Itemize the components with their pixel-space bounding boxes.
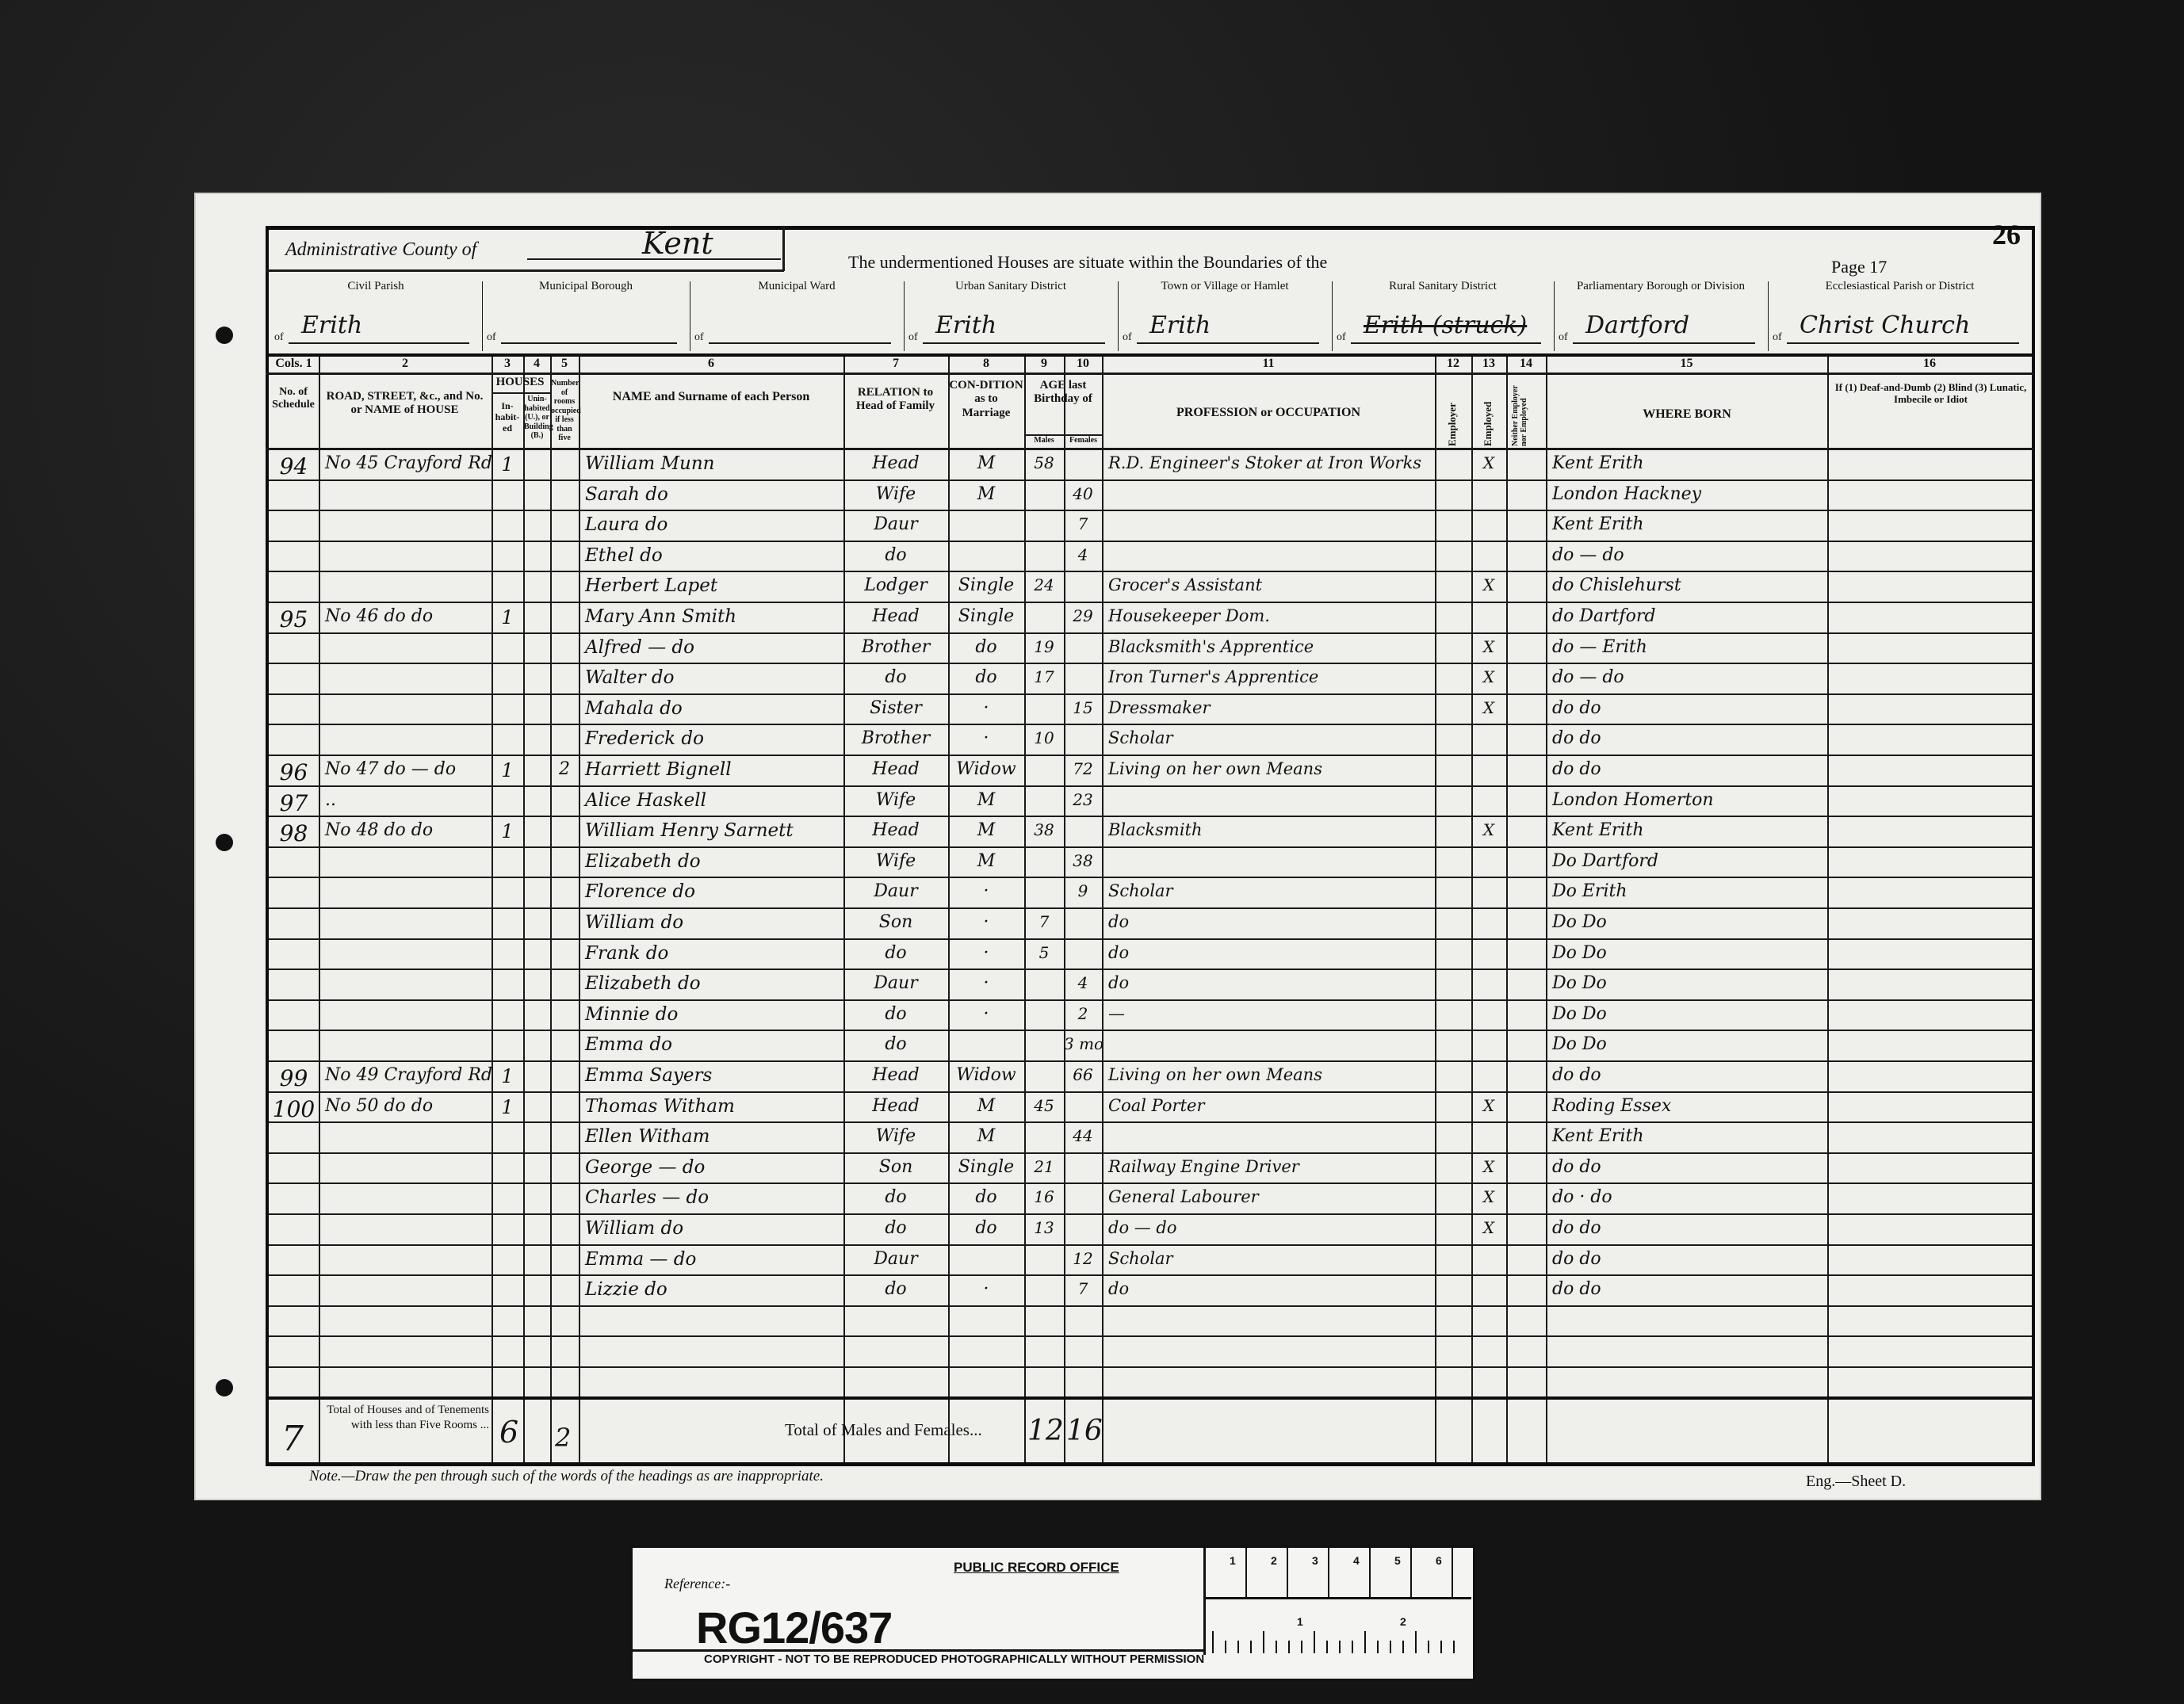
office-label: PUBLIC RECORD OFFICE [954,1560,1119,1576]
person-name: Ethel do [585,545,663,566]
district-separator [690,281,690,351]
employed-mark: X [1471,820,1506,839]
header-infirmity: If (1) Deaf-and-Dumb (2) Blind (3) Lunat… [1830,382,2032,406]
person-name: Emma Sayers [585,1065,712,1086]
where-born: Roding Essex [1552,1096,1671,1116]
occupation: Scholar [1108,1249,1173,1268]
relation: do [843,1004,948,1024]
relation: Son [843,912,948,932]
person-name: Laura do [585,514,667,535]
scale-minor-tick [1402,1641,1404,1653]
schedule-number: 95 [269,606,319,632]
condition: Single [948,606,1024,626]
header-males: Males [1025,436,1063,445]
sheet-label: Eng.—Sheet D. [1806,1473,1906,1491]
header-age: AGE last Birthday of [1025,379,1101,407]
person-name: Thomas Witham [585,1096,735,1117]
person-name: Florence do [585,881,695,902]
district-value: Erith (struck) [1364,311,1527,339]
measurement-scale: 12345612 [1206,1548,1471,1655]
district-label: Civil Parish [270,279,482,293]
schedule-number: 98 [269,820,319,846]
male-age: 13 [1024,1218,1064,1237]
scale-minor-tick [1237,1641,1239,1653]
condition: · [948,943,1024,963]
header-employed: Employed [1482,379,1494,446]
person-name: Lizzie do [585,1279,667,1300]
table-row [269,1123,2032,1154]
scale-tick-label: 4 [1353,1554,1360,1567]
totals-top-line [266,1396,2033,1400]
occupation: General Labourer [1108,1187,1259,1206]
where-born: do do [1552,1249,1601,1269]
where-born: do do [1552,1065,1601,1085]
column-number: 13 [1471,357,1506,371]
person-name: Elizabeth do [585,851,701,872]
district-label: Municipal Ward [690,279,904,293]
scale-tick [1452,1548,1453,1597]
female-age: 66 [1064,1065,1102,1084]
relation: do [843,1187,948,1207]
person-name: William do [585,1218,683,1239]
where-born: London Homerton [1552,790,1714,810]
scale-minor-tick [1390,1641,1391,1653]
relation: Son [843,1157,948,1177]
inhabited-count: 1 [491,1065,523,1087]
district-label: Parliamentary Borough or Division [1554,279,1768,293]
person-name: Elizabeth do [585,973,701,994]
schedule-number: 97 [269,790,319,816]
scale-tick [1245,1548,1247,1597]
where-born: Do Do [1552,1004,1607,1024]
male-age: 17 [1024,667,1064,686]
condition: Widow [948,759,1024,779]
district-underline [923,342,1105,344]
district-value: Erith [935,311,996,339]
admin-box-edge [782,226,785,271]
female-age: 7 [1064,514,1102,533]
scale-inch-label: 1 [1297,1615,1303,1628]
table-row [269,481,2032,512]
reference-number: RG12/637 [696,1602,892,1653]
relation: Brother [843,637,948,657]
female-age: 2 [1064,1004,1102,1023]
intro-text: The undermentioned Houses are situate wi… [848,252,1327,273]
male-age: 24 [1024,575,1064,594]
column-number: 10 [1064,357,1102,371]
employed-mark: X [1471,1187,1506,1206]
relation: Head [843,1096,948,1116]
scale-tick [1410,1548,1412,1597]
address: No 46 do do [325,606,433,626]
relation: do [843,1034,948,1054]
condition: M [948,1096,1024,1116]
where-born: do · do [1552,1187,1612,1207]
where-born: do do [1552,1279,1601,1299]
male-age: 58 [1024,453,1064,472]
table-row [269,848,2032,879]
condition: · [948,973,1024,993]
occupation: Iron Turner's Apprentice [1108,667,1318,686]
scale-minor-tick [1440,1641,1442,1653]
scale-minor-tick [1352,1641,1353,1653]
female-age: 29 [1064,606,1102,625]
scale-minor-tick [1364,1631,1366,1653]
admin-county-value: Kent [642,226,713,261]
relation: Head [843,759,948,779]
occupation: Living on her own Means [1108,1065,1322,1084]
header-relation: RELATION to Head of Family [843,386,947,414]
district-label: Ecclesiastical Parish or District [1768,279,2032,293]
relation: Lodger [843,575,948,595]
where-born: do — do [1552,545,1624,565]
schedule-number: 99 [269,1065,319,1091]
occupation: Railway Engine Driver [1108,1157,1299,1176]
person-name: Frederick do [585,728,704,749]
inhabited-count: 1 [491,453,523,476]
condition: · [948,1279,1024,1299]
column-number: 12 [1435,357,1471,371]
column-number: 11 [1102,357,1435,371]
district-value: Erith [1149,311,1211,339]
folio-number: 26 [1992,218,2021,251]
where-born: do — do [1552,667,1624,687]
scale-minor-tick [1428,1641,1429,1653]
scale-minor-tick [1339,1641,1341,1653]
where-born: do do [1552,759,1601,779]
condition: do [948,1187,1024,1207]
scale-tick-label: 2 [1271,1554,1277,1567]
address: No 50 do do [325,1096,433,1116]
where-born: Do Dartford [1552,851,1658,871]
reference-stamp: Reference:- PUBLIC RECORD OFFICE RG12/63… [630,1545,1475,1681]
employed-mark: X [1471,698,1506,717]
relation: do [843,943,948,963]
person-name: Emma — do [585,1249,696,1270]
occupation: Living on her own Means [1108,759,1322,778]
total-persons-label: Total of Males and Females... [785,1420,982,1440]
district-separator [1332,281,1333,351]
where-born: do do [1552,1157,1601,1177]
district-of-label: of [1123,331,1132,344]
person-name: Frank do [585,943,668,964]
header-employer: Employer [1446,379,1459,446]
row-line [269,1366,2032,1368]
relation: do [843,1279,948,1299]
column-number: 15 [1546,357,1827,371]
scale-minor-tick [1263,1631,1264,1653]
person-name: Charles — do [585,1187,709,1208]
inhabited-count: 1 [491,820,523,842]
relation: Sister [843,698,948,718]
female-age: 38 [1064,851,1102,870]
relation: Wife [843,851,948,871]
employed-mark: X [1471,575,1506,594]
houses-divider [491,392,550,394]
where-born: Kent Erith [1552,820,1644,840]
occupation: Coal Porter [1108,1096,1205,1115]
occupation: do [1108,912,1129,931]
schedule-number: 100 [269,1096,319,1122]
male-age: 7 [1024,912,1064,931]
condition: · [948,1004,1024,1024]
column-number: 14 [1506,357,1546,371]
female-age: 4 [1064,973,1102,992]
district-separator [482,281,483,351]
relation: Wife [843,484,948,504]
where-born: do do [1552,728,1601,748]
person-name: George — do [585,1157,705,1178]
table-row [269,787,2032,818]
district-underline [1573,342,1755,344]
district-underline [501,342,677,344]
male-age: 38 [1024,820,1064,839]
punch-hole [216,1379,233,1396]
condition: M [948,1126,1024,1146]
condition: M [948,820,1024,840]
district-separator [904,281,905,351]
district-separator [1768,281,1769,351]
table-row [269,1001,2032,1032]
column-number: Cols. 1 [269,357,319,371]
column-number: 7 [843,357,948,371]
admin-box-bottom [266,269,784,272]
header-inhabited: In-habit-ed [491,401,523,434]
condition: M [948,453,1024,473]
relation: Head [843,606,948,626]
district-of-label: of [1559,331,1568,344]
admin-county-underline [527,258,781,260]
scale-tick [1287,1548,1288,1597]
scale-minor-tick [1212,1631,1214,1653]
occupation: do — do [1108,1218,1177,1237]
district-of-label: of [1337,331,1346,344]
scale-minor-tick [1326,1641,1328,1653]
table-row [269,1276,2032,1307]
relation: Daur [843,1249,948,1269]
address: No 45 Crayford Rd [325,453,492,473]
column-number: 16 [1827,357,2032,371]
occupation: Housekeeper Dom. [1108,606,1270,625]
occupation: — [1108,1004,1125,1023]
column-number: 9 [1024,357,1064,371]
column-number: 3 [491,357,523,371]
condition: do [948,667,1024,687]
relation: Head [843,453,948,473]
condition: · [948,912,1024,932]
relation: do [843,1218,948,1238]
reference-label: Reference:- [664,1576,730,1592]
relation: Head [843,1065,948,1085]
table-row [269,542,2032,573]
copyright-notice: COPYRIGHT - NOT TO BE REPRODUCED PHOTOGR… [704,1652,1204,1666]
where-born: Kent Erith [1552,453,1644,473]
female-age: 7 [1064,1279,1102,1298]
total-males: 12 [1027,1415,1064,1447]
district-underline [709,342,891,344]
where-born: London Hackney [1552,484,1701,504]
female-age: 40 [1064,484,1102,503]
occupation: Grocer's Assistant [1108,575,1262,594]
condition: do [948,1218,1024,1238]
person-name: Mary Ann Smith [585,606,736,627]
punch-hole [216,834,233,851]
page-label: Page 17 [1831,257,1887,277]
relation: Head [843,820,948,840]
occupation: do [1108,1279,1129,1298]
male-age: 10 [1024,728,1064,747]
where-born: do Dartford [1552,606,1655,626]
occupation: do [1108,943,1129,962]
header-where-born: WHERE BORN [1547,407,1826,422]
employed-mark: X [1471,667,1506,686]
address: No 47 do — do [325,759,456,779]
district-value: Erith [301,311,362,339]
scale-minor-tick [1225,1641,1226,1653]
district-of-label: of [487,331,496,344]
person-name: Sarah do [585,484,668,505]
table-row [269,1031,2032,1062]
district-underline [289,342,469,344]
scale-inch-label: 2 [1400,1615,1406,1628]
female-age: 4 [1064,545,1102,564]
admin-county-label: Administrative County of [285,239,476,261]
person-name: Ellen Witham [585,1126,710,1147]
occupation: R.D. Engineer's Stoker at Iron Works [1108,453,1421,472]
female-age: 15 [1064,698,1102,717]
occupation: Scholar [1108,881,1173,900]
scale-tick-label: 5 [1394,1554,1401,1567]
occupation: do [1108,973,1129,992]
female-age: 23 [1064,790,1102,809]
footer-note: Note.—Draw the pen through such of the w… [309,1468,824,1485]
scale-minor-tick [1415,1631,1417,1653]
schedule-number: 94 [269,453,319,479]
person-name: William do [585,912,683,933]
district-underline [1137,342,1319,344]
column-number: 5 [550,357,579,371]
total-rooms: 2 [555,1423,571,1453]
condition: Widow [948,1065,1024,1085]
person-name: Minnie do [585,1004,678,1025]
scale-minor-tick [1250,1641,1252,1653]
inhabited-count: 1 [491,1096,523,1118]
condition: · [948,698,1024,718]
person-name: Emma do [585,1034,672,1055]
female-age: 12 [1064,1249,1102,1268]
address: .. [325,790,336,810]
scale-tick-label: 6 [1436,1554,1442,1567]
column-number: 8 [948,357,1024,371]
relation: Daur [843,881,948,901]
employed-mark: X [1471,637,1506,656]
person-name: William Henry Sarnett [585,820,794,841]
where-born: do do [1552,1218,1601,1238]
frame-top [266,226,2033,230]
male-age: 19 [1024,637,1064,656]
where-born: Do Do [1552,943,1607,963]
where-born: Do Do [1552,973,1607,993]
condition: M [948,790,1024,810]
column-number: 6 [579,357,843,371]
occupation: Blacksmith [1108,820,1203,839]
address: No 48 do do [325,820,433,840]
person-name: Alice Haskell [585,790,706,811]
district-of-label: of [274,331,284,344]
person-name: William Munn [585,453,714,474]
table-row [269,970,2032,1001]
header-schedule: No. of Schedule [269,386,318,411]
relation: Daur [843,514,948,534]
total-schedules: 7 [281,1419,304,1459]
district-of-label: of [908,331,918,344]
total-females: 16 [1066,1415,1103,1447]
header-address: ROAD, STREET, &c., and No. or NAME of HO… [319,390,490,418]
scale-minor-tick [1288,1641,1290,1653]
district-label: Town or Village or Hamlet [1118,279,1332,293]
condition: Single [948,1157,1024,1177]
district-value: Christ Church [1800,311,1970,339]
male-age: 45 [1024,1096,1064,1115]
scale-minor-tick [1276,1641,1277,1653]
where-born: Do Do [1552,912,1607,932]
where-born: Do Do [1552,1034,1607,1054]
person-name: Harriett Bignell [585,759,732,780]
header-females: Females [1065,436,1102,445]
header-rooms: Number of rooms occupied if less than fi… [551,379,578,443]
occupation: Blacksmith's Apprentice [1108,637,1314,656]
table-row [269,940,2032,971]
header-occupation: PROFESSION or OCCUPATION [1103,406,1433,420]
where-born: Kent Erith [1552,1126,1644,1146]
male-age: 16 [1024,1187,1064,1206]
occupation: Scholar [1108,728,1173,747]
header-condition: CON-DITION as to Marriage [949,379,1023,420]
female-age: 44 [1064,1126,1102,1145]
district-of-label: of [1773,331,1782,344]
scale-minor-tick [1453,1641,1455,1653]
header-neither: Neither Employer nor Employed [1511,379,1538,446]
where-born: Do Erith [1552,881,1627,901]
condition: M [948,851,1024,871]
occupation: Dressmaker [1108,698,1210,717]
inhabited-count: 1 [491,759,523,781]
scale-minor-tick [1314,1631,1315,1653]
colnum-row-bottom [266,373,2033,375]
employed-mark: X [1471,1218,1506,1237]
scale-tick [1328,1548,1329,1597]
frame-bottom [266,1462,2035,1466]
person-name: Mahala do [585,698,683,719]
total-inhabited: 6 [499,1415,518,1450]
female-age: 72 [1064,759,1102,778]
table-row [269,1307,2032,1338]
frame-right [2032,226,2035,1466]
condition: M [948,484,1024,504]
relation: Wife [843,1126,948,1146]
where-born: do — Erith [1552,637,1647,657]
district-label: Rural Sanitary District [1332,279,1554,293]
column-number: 2 [319,357,491,371]
header-houses: HOUSES [491,376,549,389]
table-row [269,1337,2032,1368]
relation: Wife [843,790,948,810]
district-value: Dartford [1585,311,1689,339]
header-uninhabited: Unin-habited (U.), or Building (B.) [524,395,550,441]
employed-mark: X [1471,453,1506,472]
total-houses-label: Total of Houses and of Tenements with le… [321,1403,489,1433]
table-row [269,909,2032,940]
